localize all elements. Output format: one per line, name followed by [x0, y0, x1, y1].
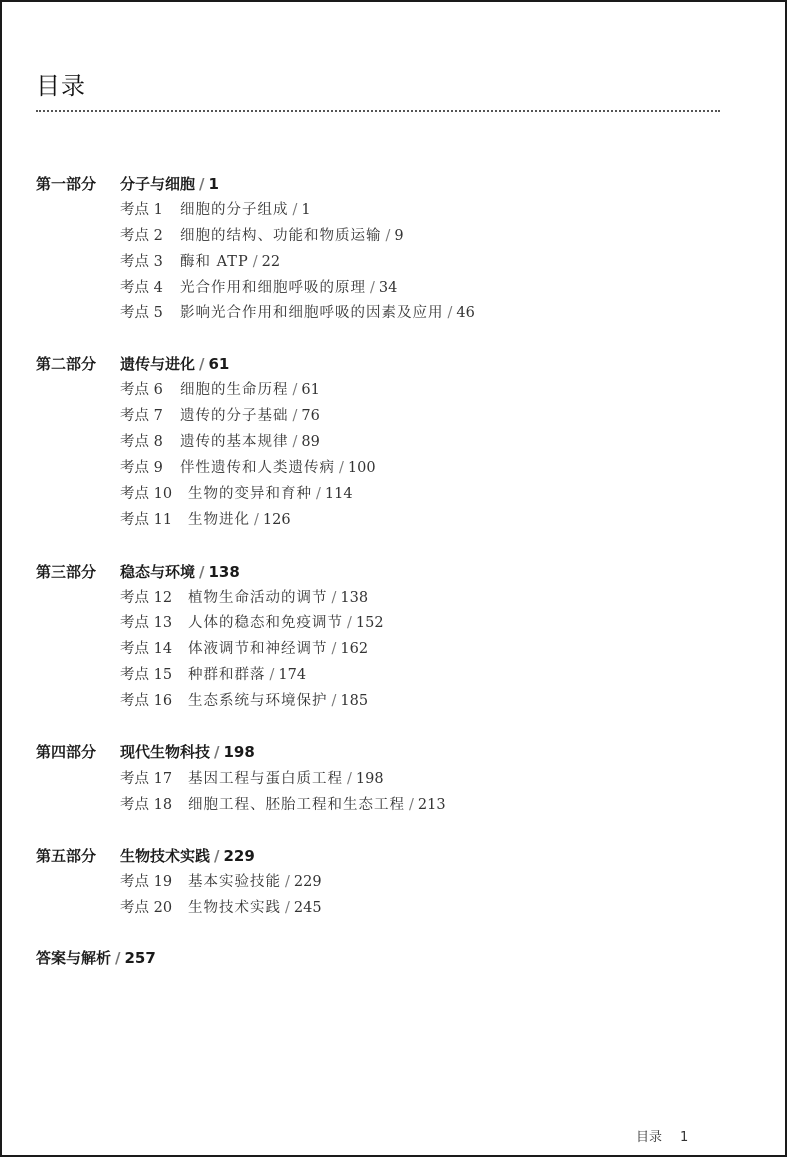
toc-item[interactable]: 考点 4光合作用和细胞呼吸的原理/34 — [120, 277, 397, 299]
separator: / — [316, 486, 321, 502]
item-title: 遗传的分子基础 — [180, 408, 289, 424]
item-page: 198 — [356, 771, 384, 787]
toc-part-4[interactable]: 第四部分现代生物科技/198 — [36, 742, 255, 762]
part-page: 198 — [224, 743, 255, 761]
toc-item[interactable]: 考点 11生物进化/126 — [120, 509, 291, 531]
item-label: 考点 7 — [120, 405, 180, 427]
item-label: 考点 2 — [120, 225, 180, 247]
item-page: 61 — [301, 382, 319, 398]
item-page: 114 — [325, 486, 353, 502]
separator: / — [448, 305, 453, 321]
item-page: 1 — [301, 202, 310, 218]
separator: / — [293, 408, 298, 424]
separator: / — [293, 202, 298, 218]
item-title: 种群和群落 — [188, 667, 266, 683]
toc-item[interactable]: 考点 1细胞的分子组成/1 — [120, 199, 311, 221]
part-title: 分子与细胞 — [120, 175, 195, 193]
separator: / — [214, 743, 219, 761]
page-number: 1 — [680, 1130, 688, 1145]
part-title: 生物技术实践 — [120, 847, 210, 865]
item-page: 245 — [294, 900, 322, 916]
separator: / — [253, 254, 258, 270]
item-title: 生物的变异和育种 — [188, 486, 312, 502]
item-label: 考点 8 — [120, 431, 180, 453]
item-label: 考点 4 — [120, 277, 180, 299]
toc-item[interactable]: 考点 19基本实验技能/229 — [120, 871, 322, 893]
separator: / — [285, 874, 290, 890]
separator: / — [199, 175, 204, 193]
toc-item[interactable]: 考点 7遗传的分子基础/76 — [120, 405, 320, 427]
separator: / — [270, 667, 275, 683]
toc-part-2[interactable]: 第二部分遗传与进化/61 — [36, 354, 229, 374]
item-page: 126 — [263, 512, 291, 528]
item-label: 考点 1 — [120, 199, 180, 221]
part-title: 稳态与环境 — [120, 563, 195, 581]
item-title: 生物进化 — [188, 512, 250, 528]
separator: / — [339, 460, 344, 476]
item-title: 酶和 ATP — [180, 254, 249, 270]
item-page: 89 — [301, 434, 319, 450]
item-label: 考点 15 — [120, 664, 188, 686]
item-label: 考点 19 — [120, 871, 188, 893]
item-page: 76 — [301, 408, 319, 424]
item-title: 生物技术实践 — [188, 900, 281, 916]
item-title: 细胞的结构、功能和物质运输 — [180, 228, 382, 244]
item-label: 考点 17 — [120, 768, 188, 790]
item-page: 229 — [294, 874, 322, 890]
separator: / — [347, 771, 352, 787]
toc-item[interactable]: 考点 15种群和群落/174 — [120, 664, 306, 686]
page-footer: 目录1 — [636, 1126, 688, 1145]
item-label: 考点 9 — [120, 457, 180, 479]
dotted-divider — [36, 110, 720, 112]
toc-answers[interactable]: 答案与解析/257 — [36, 948, 156, 968]
item-page: 162 — [340, 641, 368, 657]
item-page: 138 — [340, 590, 368, 606]
toc-item[interactable]: 考点 5影响光合作用和细胞呼吸的因素及应用/46 — [120, 302, 475, 324]
item-label: 考点 12 — [120, 587, 188, 609]
toc-item[interactable]: 考点 12植物生命活动的调节/138 — [120, 587, 368, 609]
answers-page: 257 — [125, 949, 156, 967]
separator: / — [293, 434, 298, 450]
separator: / — [199, 563, 204, 581]
toc-item[interactable]: 考点 3酶和 ATP/22 — [120, 251, 280, 273]
item-label: 考点 6 — [120, 379, 180, 401]
toc-part-5[interactable]: 第五部分生物技术实践/229 — [36, 846, 255, 866]
toc-item[interactable]: 考点 16生态系统与环境保护/185 — [120, 690, 368, 712]
part-label: 第五部分 — [36, 846, 120, 866]
toc-item[interactable]: 考点 13人体的稳态和免疫调节/152 — [120, 612, 384, 634]
part-label: 第二部分 — [36, 354, 120, 374]
toc-item[interactable]: 考点 18细胞工程、胚胎工程和生态工程/213 — [120, 794, 446, 816]
toc-item[interactable]: 考点 17基因工程与蛋白质工程/198 — [120, 768, 384, 790]
toc-item[interactable]: 考点 20生物技术实践/245 — [120, 897, 322, 919]
separator: / — [214, 847, 219, 865]
separator: / — [332, 693, 337, 709]
item-title: 人体的稳态和免疫调节 — [188, 615, 343, 631]
item-label: 考点 10 — [120, 483, 188, 505]
item-title: 伴性遗传和人类遗传病 — [180, 460, 335, 476]
answers-title: 答案与解析 — [36, 949, 111, 967]
item-title: 基本实验技能 — [188, 874, 281, 890]
toc-item[interactable]: 考点 14体液调节和神经调节/162 — [120, 638, 368, 660]
item-page: 100 — [348, 460, 376, 476]
part-title: 现代生物科技 — [120, 743, 210, 761]
item-label: 考点 18 — [120, 794, 188, 816]
separator: / — [293, 382, 298, 398]
item-title: 光合作用和细胞呼吸的原理 — [180, 280, 366, 296]
item-title: 体液调节和神经调节 — [188, 641, 328, 657]
footer-label: 目录 — [636, 1130, 662, 1145]
part-page: 138 — [209, 563, 240, 581]
separator: / — [409, 797, 414, 813]
item-title: 影响光合作用和细胞呼吸的因素及应用 — [180, 305, 444, 321]
item-label: 考点 14 — [120, 638, 188, 660]
separator: / — [347, 615, 352, 631]
separator: / — [285, 900, 290, 916]
page-title: 目录 — [36, 66, 86, 101]
item-title: 基因工程与蛋白质工程 — [188, 771, 343, 787]
item-label: 考点 5 — [120, 302, 180, 324]
part-page: 229 — [224, 847, 255, 865]
item-title: 细胞的分子组成 — [180, 202, 289, 218]
part-title: 遗传与进化 — [120, 355, 195, 373]
item-page: 152 — [356, 615, 384, 631]
toc-part-1[interactable]: 第一部分分子与细胞/1 — [36, 174, 219, 194]
item-label: 考点 3 — [120, 251, 180, 273]
item-page: 185 — [340, 693, 368, 709]
item-label: 考点 11 — [120, 509, 188, 531]
item-label: 考点 16 — [120, 690, 188, 712]
item-title: 细胞工程、胚胎工程和生态工程 — [188, 797, 405, 813]
item-title: 遗传的基本规律 — [180, 434, 289, 450]
item-page: 34 — [379, 280, 397, 296]
item-title: 植物生命活动的调节 — [188, 590, 328, 606]
separator: / — [386, 228, 391, 244]
item-title: 生态系统与环境保护 — [188, 693, 328, 709]
separator: / — [370, 280, 375, 296]
item-page: 22 — [262, 254, 280, 270]
item-label: 考点 13 — [120, 612, 188, 634]
toc-item[interactable]: 考点 8遗传的基本规律/89 — [120, 431, 320, 453]
toc-item[interactable]: 考点 10生物的变异和育种/114 — [120, 483, 353, 505]
separator: / — [115, 949, 120, 967]
separator: / — [199, 355, 204, 373]
item-page: 174 — [278, 667, 306, 683]
item-page: 46 — [456, 305, 474, 321]
part-page: 61 — [209, 355, 230, 373]
toc-item[interactable]: 考点 9伴性遗传和人类遗传病/100 — [120, 457, 376, 479]
separator: / — [254, 512, 259, 528]
toc-item[interactable]: 考点 6细胞的生命历程/61 — [120, 379, 320, 401]
item-page: 9 — [394, 228, 403, 244]
item-page: 213 — [418, 797, 446, 813]
item-label: 考点 20 — [120, 897, 188, 919]
part-label: 第三部分 — [36, 562, 120, 582]
toc-part-3[interactable]: 第三部分稳态与环境/138 — [36, 562, 240, 582]
part-label: 第一部分 — [36, 174, 120, 194]
separator: / — [332, 641, 337, 657]
part-page: 1 — [209, 175, 219, 193]
separator: / — [332, 590, 337, 606]
toc-item[interactable]: 考点 2细胞的结构、功能和物质运输/9 — [120, 225, 404, 247]
item-title: 细胞的生命历程 — [180, 382, 289, 398]
part-label: 第四部分 — [36, 742, 120, 762]
